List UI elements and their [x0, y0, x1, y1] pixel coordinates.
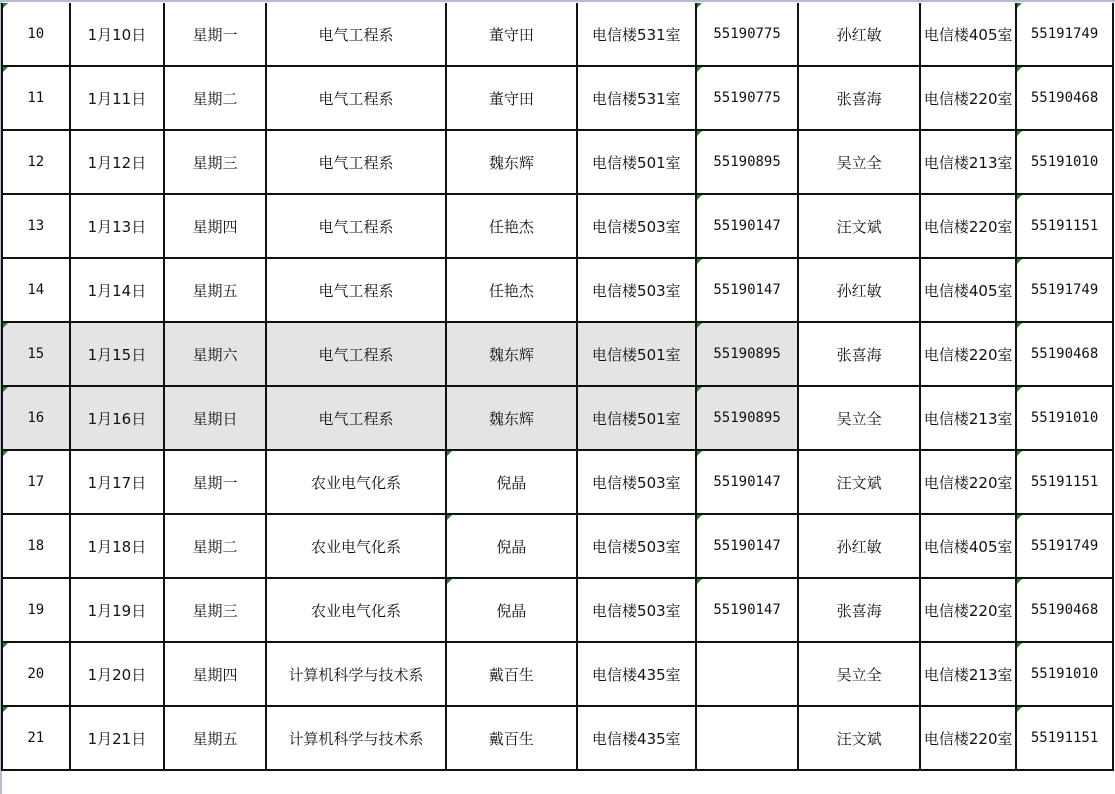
cell-date[interactable]: 1月20日 — [70, 642, 165, 706]
cell-office-1[interactable]: 电信楼531室 — [577, 3, 697, 66]
comment-indicator-icon — [697, 195, 702, 200]
comment-indicator-icon — [697, 131, 702, 136]
comment-indicator-icon — [697, 579, 702, 584]
cell-office-2[interactable]: 电信楼220室 — [920, 578, 1016, 642]
comment-indicator-icon — [697, 515, 702, 520]
cell-weekday[interactable]: 星期五 — [164, 706, 265, 770]
cell-contact-2[interactable]: 汪文斌 — [798, 194, 920, 258]
comment-indicator-icon — [447, 579, 452, 584]
comment-indicator-icon — [697, 259, 702, 264]
table-row: 211月21日星期五计算机科学与技术系戴百生电信楼435室汪文斌电信楼220室5… — [2, 706, 1113, 770]
cell-weekday[interactable]: 星期二 — [164, 66, 265, 130]
cell-contact-2[interactable]: 汪文斌 — [798, 706, 920, 770]
cell-contact-1[interactable]: 魏东辉 — [446, 322, 576, 386]
cell-office-1[interactable]: 电信楼503室 — [577, 514, 697, 578]
cell-contact-1[interactable]: 戴百生 — [446, 642, 576, 706]
cell-contact-2[interactable]: 孙红敏 — [798, 514, 920, 578]
cell-contact-1[interactable]: 倪晶 — [446, 514, 576, 578]
comment-indicator-icon — [447, 451, 452, 456]
cell-date[interactable]: 1月17日 — [70, 450, 165, 514]
cell-office-1[interactable]: 电信楼435室 — [577, 706, 697, 770]
cell-contact-2[interactable]: 吴立全 — [798, 642, 920, 706]
cell-phone-1[interactable]: 55190775 — [696, 66, 798, 130]
cell-department[interactable]: 电气工程系 — [266, 386, 447, 450]
cell-office-1[interactable]: 电信楼435室 — [577, 642, 697, 706]
cell-date[interactable]: 1月16日 — [70, 386, 165, 450]
cell-weekday[interactable]: 星期六 — [164, 322, 265, 386]
cell-office-1[interactable]: 电信楼503室 — [577, 578, 697, 642]
cell-office-2[interactable]: 电信楼213室 — [920, 130, 1016, 194]
cell-seq[interactable]: 21 — [2, 706, 70, 770]
cell-weekday[interactable]: 星期二 — [164, 514, 265, 578]
cell-office-1[interactable]: 电信楼501室 — [577, 386, 697, 450]
comment-indicator-icon — [1017, 67, 1022, 72]
comment-indicator-icon — [3, 707, 8, 712]
cell-seq[interactable]: 19 — [2, 578, 70, 642]
comment-indicator-icon — [3, 387, 8, 392]
comment-indicator-icon — [697, 3, 702, 8]
cell-phone-2[interactable]: 55190468 — [1016, 322, 1113, 386]
cell-office-1[interactable]: 电信楼503室 — [577, 258, 697, 322]
table-row: 121月12日星期三电气工程系魏东辉电信楼501室55190895吴立全电信楼2… — [2, 130, 1113, 194]
cell-department[interactable]: 电气工程系 — [266, 3, 447, 66]
cell-seq[interactable]: 12 — [2, 130, 70, 194]
cell-office-1[interactable]: 电信楼503室 — [577, 450, 697, 514]
cell-seq[interactable]: 18 — [2, 514, 70, 578]
table-row: 181月18日星期二农业电气化系倪晶电信楼503室55190147孙红敏电信楼4… — [2, 514, 1113, 578]
cell-contact-2[interactable]: 汪文斌 — [798, 450, 920, 514]
comment-indicator-icon — [1017, 515, 1022, 520]
cell-phone-1[interactable]: 55190147 — [696, 578, 798, 642]
cell-department[interactable]: 农业电气化系 — [266, 514, 447, 578]
cell-phone-1[interactable]: 55190895 — [696, 386, 798, 450]
cell-department[interactable]: 电气工程系 — [266, 194, 447, 258]
comment-indicator-icon — [1017, 707, 1022, 712]
cell-seq[interactable]: 14 — [2, 258, 70, 322]
cell-seq[interactable]: 11 — [2, 66, 70, 130]
cell-department[interactable]: 电气工程系 — [266, 66, 447, 130]
cell-office-2[interactable]: 电信楼220室 — [920, 194, 1016, 258]
comment-indicator-icon — [3, 3, 8, 8]
table-row: 151月15日星期六电气工程系魏东辉电信楼501室55190895张喜海电信楼2… — [2, 322, 1113, 386]
cell-department[interactable]: 计算机科学与技术系 — [266, 706, 447, 770]
cell-seq[interactable]: 15 — [2, 322, 70, 386]
cell-weekday[interactable]: 星期四 — [164, 642, 265, 706]
comment-indicator-icon — [697, 323, 702, 328]
cell-phone-2[interactable]: 55191151 — [1016, 194, 1113, 258]
table-row: 141月14日星期五电气工程系任艳杰电信楼503室55190147孙红敏电信楼4… — [2, 258, 1113, 322]
cell-contact-1[interactable]: 魏东辉 — [446, 386, 576, 450]
spreadsheet-grid: 101月10日星期一电气工程系董守田电信楼531室55190775孙红敏电信楼4… — [0, 0, 1115, 794]
cell-contact-1[interactable]: 魏东辉 — [446, 130, 576, 194]
cell-phone-2[interactable]: 55191749 — [1016, 514, 1113, 578]
cell-contact-2[interactable]: 张喜海 — [798, 578, 920, 642]
cell-date[interactable]: 1月12日 — [70, 130, 165, 194]
cell-phone-2[interactable]: 55191151 — [1016, 450, 1113, 514]
comment-indicator-icon — [1017, 3, 1022, 8]
cell-contact-2[interactable]: 张喜海 — [798, 66, 920, 130]
cell-department[interactable]: 计算机科学与技术系 — [266, 642, 447, 706]
cell-weekday[interactable]: 星期日 — [164, 386, 265, 450]
comment-indicator-icon — [1017, 387, 1022, 392]
cell-phone-1[interactable]: 55190147 — [696, 514, 798, 578]
cell-office-2[interactable]: 电信楼405室 — [920, 514, 1016, 578]
comment-indicator-icon — [447, 515, 452, 520]
cell-date[interactable]: 1月10日 — [70, 3, 165, 66]
cell-seq[interactable]: 20 — [2, 642, 70, 706]
cell-office-2[interactable]: 电信楼220室 — [920, 322, 1016, 386]
cell-department[interactable]: 电气工程系 — [266, 322, 447, 386]
cell-phone-2[interactable]: 55191010 — [1016, 642, 1113, 706]
cell-department[interactable]: 电气工程系 — [266, 258, 447, 322]
cell-office-2[interactable]: 电信楼220室 — [920, 450, 1016, 514]
cell-seq[interactable]: 13 — [2, 194, 70, 258]
comment-indicator-icon — [697, 387, 702, 392]
cell-date[interactable]: 1月14日 — [70, 258, 165, 322]
cell-office-2[interactable]: 电信楼405室 — [920, 258, 1016, 322]
cell-contact-2[interactable]: 孙红敏 — [798, 258, 920, 322]
cell-phone-1[interactable]: 55190147 — [696, 450, 798, 514]
cell-phone-2[interactable]: 55190468 — [1016, 66, 1113, 130]
cell-office-1[interactable]: 电信楼531室 — [577, 66, 697, 130]
cell-contact-1[interactable]: 任艳杰 — [446, 258, 576, 322]
cell-phone-2[interactable]: 55191010 — [1016, 130, 1113, 194]
cell-contact-1[interactable]: 董守田 — [446, 66, 576, 130]
cell-weekday[interactable]: 星期三 — [164, 578, 265, 642]
cell-contact-2[interactable]: 吴立全 — [798, 386, 920, 450]
cell-seq[interactable]: 16 — [2, 386, 70, 450]
cell-office-2[interactable]: 电信楼220室 — [920, 706, 1016, 770]
comment-indicator-icon — [3, 643, 8, 648]
cell-date[interactable]: 1月11日 — [70, 66, 165, 130]
cell-phone-1[interactable] — [696, 706, 798, 770]
comment-indicator-icon — [697, 451, 702, 456]
cell-weekday[interactable]: 星期三 — [164, 130, 265, 194]
cell-phone-2[interactable]: 55191151 — [1016, 706, 1113, 770]
cell-contact-1[interactable]: 任艳杰 — [446, 194, 576, 258]
cell-phone-2[interactable]: 55191749 — [1016, 258, 1113, 322]
cell-weekday[interactable]: 星期四 — [164, 194, 265, 258]
cell-weekday[interactable]: 星期一 — [164, 450, 265, 514]
cell-contact-2[interactable]: 孙红敏 — [798, 3, 920, 66]
comment-indicator-icon — [1017, 259, 1022, 264]
cell-date[interactable]: 1月21日 — [70, 706, 165, 770]
cell-contact-2[interactable]: 张喜海 — [798, 322, 920, 386]
cell-phone-1[interactable] — [696, 642, 798, 706]
table-row: 171月17日星期一农业电气化系倪晶电信楼503室55190147汪文斌电信楼2… — [2, 450, 1113, 514]
cell-contact-1[interactable]: 董守田 — [446, 3, 576, 66]
cell-department[interactable]: 农业电气化系 — [266, 450, 447, 514]
cell-phone-1[interactable]: 55190147 — [696, 258, 798, 322]
cell-phone-1[interactable]: 55190895 — [696, 130, 798, 194]
cell-office-2[interactable]: 电信楼213室 — [920, 642, 1016, 706]
comment-indicator-icon — [1017, 323, 1022, 328]
cell-contact-1[interactable]: 倪晶 — [446, 578, 576, 642]
cell-seq[interactable]: 10 — [2, 3, 70, 66]
comment-indicator-icon — [1017, 451, 1022, 456]
table-row: 161月16日星期日电气工程系魏东辉电信楼501室55190895吴立全电信楼2… — [2, 386, 1113, 450]
table-row: 201月20日星期四计算机科学与技术系戴百生电信楼435室吴立全电信楼213室5… — [2, 642, 1113, 706]
table-row: 111月11日星期二电气工程系董守田电信楼531室55190775张喜海电信楼2… — [2, 66, 1113, 130]
duty-schedule-table: 101月10日星期一电气工程系董守田电信楼531室55190775孙红敏电信楼4… — [1, 3, 1114, 771]
cell-phone-1[interactable]: 55190775 — [696, 3, 798, 66]
cell-date[interactable]: 1月19日 — [70, 578, 165, 642]
cell-phone-1[interactable]: 55190895 — [696, 322, 798, 386]
cell-contact-1[interactable]: 倪晶 — [446, 450, 576, 514]
comment-indicator-icon — [3, 451, 8, 456]
cell-office-1[interactable]: 电信楼501室 — [577, 130, 697, 194]
cell-office-2[interactable]: 电信楼405室 — [920, 3, 1016, 66]
cell-date[interactable]: 1月13日 — [70, 194, 165, 258]
cell-department[interactable]: 电气工程系 — [266, 130, 447, 194]
cell-date[interactable]: 1月15日 — [70, 322, 165, 386]
comment-indicator-icon — [3, 67, 8, 72]
cell-contact-2[interactable]: 吴立全 — [798, 130, 920, 194]
cell-weekday[interactable]: 星期一 — [164, 3, 265, 66]
cell-office-2[interactable]: 电信楼220室 — [920, 66, 1016, 130]
cell-phone-2[interactable]: 55190468 — [1016, 578, 1113, 642]
cell-phone-1[interactable]: 55190147 — [696, 194, 798, 258]
table-row: 101月10日星期一电气工程系董守田电信楼531室55190775孙红敏电信楼4… — [2, 3, 1113, 66]
cell-seq[interactable]: 17 — [2, 450, 70, 514]
cell-department[interactable]: 农业电气化系 — [266, 578, 447, 642]
cell-contact-1[interactable]: 戴百生 — [446, 706, 576, 770]
cell-office-1[interactable]: 电信楼501室 — [577, 322, 697, 386]
table-row: 131月13日星期四电气工程系任艳杰电信楼503室55190147汪文斌电信楼2… — [2, 194, 1113, 258]
cell-phone-2[interactable]: 55191749 — [1016, 3, 1113, 66]
comment-indicator-icon — [1017, 131, 1022, 136]
comment-indicator-icon — [1017, 643, 1022, 648]
cell-office-2[interactable]: 电信楼213室 — [920, 386, 1016, 450]
comment-indicator-icon — [1017, 195, 1022, 200]
cell-date[interactable]: 1月18日 — [70, 514, 165, 578]
comment-indicator-icon — [3, 323, 8, 328]
comment-indicator-icon — [1017, 579, 1022, 584]
cell-phone-2[interactable]: 55191010 — [1016, 386, 1113, 450]
cell-office-1[interactable]: 电信楼503室 — [577, 194, 697, 258]
cell-weekday[interactable]: 星期五 — [164, 258, 265, 322]
table-row: 191月19日星期三农业电气化系倪晶电信楼503室55190147张喜海电信楼2… — [2, 578, 1113, 642]
comment-indicator-icon — [697, 67, 702, 72]
